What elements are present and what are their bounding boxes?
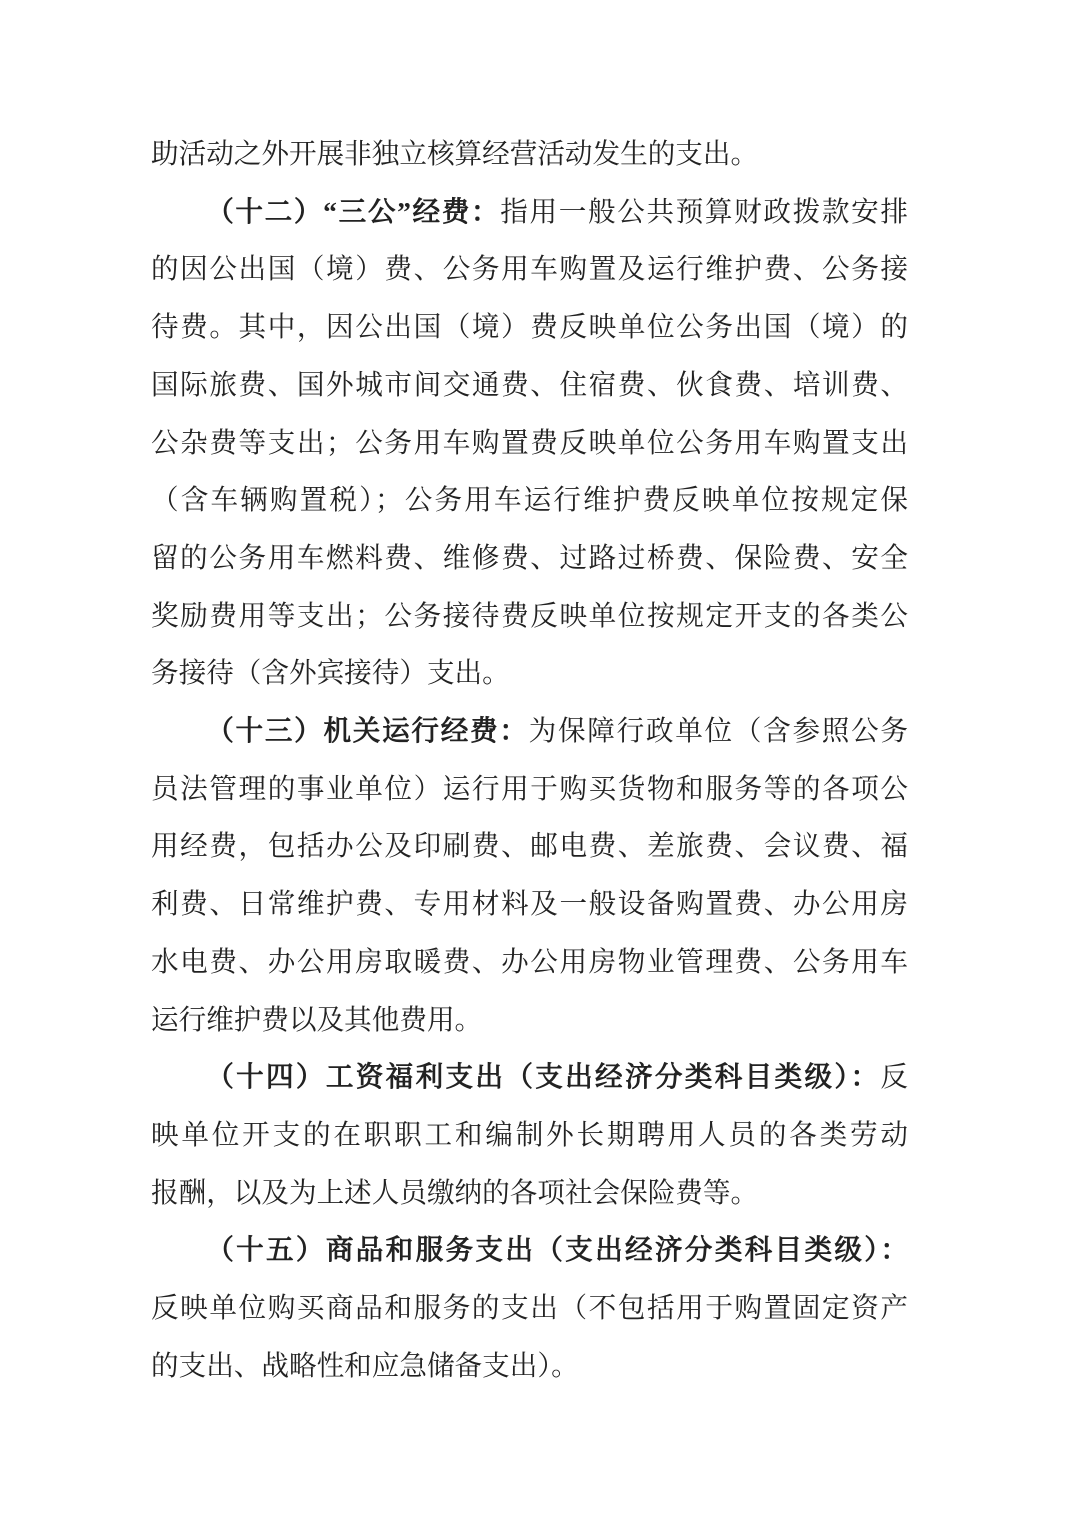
body-text: 反 [880,1061,908,1092]
body-text: 务接待（含外宾接待）支出。 [151,657,510,688]
paragraph: （十二）“三公”经费：指用一般公共预算财政拨款安排的因公出国（境）费、公务用车购… [151,183,908,702]
body-text: 运行维护费以及其他费用。 [151,1004,482,1035]
text-line: 报酬，以及为上述人员缴纳的各项社会保险费等。 [151,1164,908,1222]
body-text: 的支出、战略性和应急储备支出）。 [151,1350,579,1381]
body-text: 用经费，包括办公及印刷费、邮电费、差旅费、会议费、福 [151,830,908,861]
body-text: 奖励费用等支出；公务接待费反映单位按规定开支的各类公 [151,600,908,631]
text-line: 员法管理的事业单位）运行用于购买货物和服务等的各项公 [151,760,908,818]
paragraph: （十五）商品和服务支出（支出经济分类科目类级）：反映单位购买商品和服务的支出（不… [151,1221,908,1394]
section-heading: （十三）机关运行经费： [206,715,528,746]
text-line: （十二）“三公”经费：指用一般公共预算财政拨款安排 [151,183,908,241]
document-body: 助活动之外开展非独立核算经营活动发生的支出。（十二）“三公”经费：指用一般公共预… [151,125,908,1394]
text-line: 用经费，包括办公及印刷费、邮电费、差旅费、会议费、福 [151,817,908,875]
text-line: 务接待（含外宾接待）支出。 [151,644,908,702]
text-line: 国际旅费、国外城市间交通费、住宿费、伙食费、培训费、 [151,356,908,414]
body-text: 水电费、办公用房取暖费、办公用房物业管理费、公务用车 [151,946,908,977]
text-line: 的支出、战略性和应急储备支出）。 [151,1337,908,1395]
body-text: 的因公出国（境）费、公务用车购置及运行维护费、公务接 [151,253,908,284]
text-line: 助活动之外开展非独立核算经营活动发生的支出。 [151,125,908,183]
text-line: 利费、日常维护费、专用材料及一般设备购置费、办公用房 [151,875,908,933]
text-line: 公杂费等支出；公务用车购置费反映单位公务用车购置支出 [151,414,908,472]
text-line: 的因公出国（境）费、公务用车购置及运行维护费、公务接 [151,240,908,298]
paragraph: 助活动之外开展非独立核算经营活动发生的支出。 [151,125,908,183]
body-text: 指用一般公共预算财政拨款安排 [500,196,908,227]
section-heading: （十五）商品和服务支出（支出经济分类科目类级）： [206,1234,908,1265]
text-line: （十三）机关运行经费：为保障行政单位（含参照公务 [151,702,908,760]
text-line: （十四）工资福利支出（支出经济分类科目类级）：反 [151,1048,908,1106]
body-text: 报酬，以及为上述人员缴纳的各项社会保险费等。 [151,1177,758,1208]
text-line: 反映单位购买商品和服务的支出（不包括用于购置固定资产 [151,1279,908,1337]
paragraph: （十四）工资福利支出（支出经济分类科目类级）：反映单位开支的在职职工和编制外长期… [151,1048,908,1221]
body-text: 为保障行政单位（含参照公务 [529,715,908,746]
body-text: 待费。其中，因公出国（境）费反映单位公务出国（境）的 [151,311,908,342]
text-line: 待费。其中，因公出国（境）费反映单位公务出国（境）的 [151,298,908,356]
body-text: 利费、日常维护费、专用材料及一般设备购置费、办公用房 [151,888,908,919]
body-text: （含车辆购置税）；公务用车运行维护费反映单位按规定保 [151,484,908,515]
document-page: 助活动之外开展非独立核算经营活动发生的支出。（十二）“三公”经费：指用一般公共预… [0,0,1074,1520]
body-text: 反映单位购买商品和服务的支出（不包括用于购置固定资产 [151,1292,908,1323]
body-text: 公杂费等支出；公务用车购置费反映单位公务用车购置支出 [151,427,908,458]
text-line: 奖励费用等支出；公务接待费反映单位按规定开支的各类公 [151,587,908,645]
text-line: （十五）商品和服务支出（支出经济分类科目类级）： [151,1221,908,1279]
paragraph: （十三）机关运行经费：为保障行政单位（含参照公务员法管理的事业单位）运行用于购买… [151,702,908,1048]
body-text: 国际旅费、国外城市间交通费、住宿费、伙食费、培训费、 [151,369,908,400]
body-text: 助活动之外开展非独立核算经营活动发生的支出。 [151,138,758,169]
text-line: 水电费、办公用房取暖费、办公用房物业管理费、公务用车 [151,933,908,991]
body-text: 映单位开支的在职职工和编制外长期聘用人员的各类劳动 [151,1119,908,1150]
section-heading: （十二）“三公”经费： [206,196,500,227]
text-line: 映单位开支的在职职工和编制外长期聘用人员的各类劳动 [151,1106,908,1164]
body-text: 留的公务用车燃料费、维修费、过路过桥费、保险费、安全 [151,542,908,573]
text-line: 留的公务用车燃料费、维修费、过路过桥费、保险费、安全 [151,529,908,587]
text-line: 运行维护费以及其他费用。 [151,991,908,1049]
section-heading: （十四）工资福利支出（支出经济分类科目类级）： [206,1061,880,1092]
body-text: 员法管理的事业单位）运行用于购买货物和服务等的各项公 [151,773,908,804]
text-line: （含车辆购置税）；公务用车运行维护费反映单位按规定保 [151,471,908,529]
